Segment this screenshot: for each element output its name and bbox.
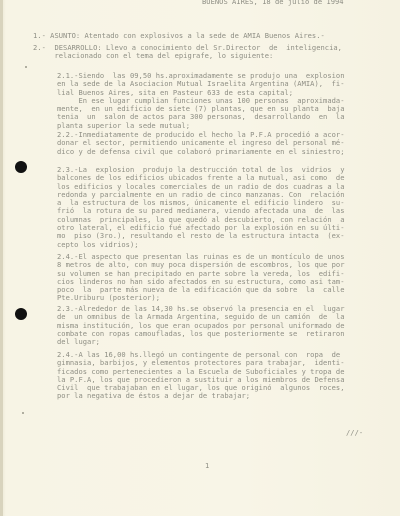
text-line: dico y de defensa civil que colaboró pri… <box>57 147 344 156</box>
paper-edge <box>0 0 3 516</box>
text-line: Pte.Uriburu (posterior); <box>57 293 160 302</box>
paragraph-2-5: 2.3.-Alrededor de las 14,30 hs.se observ… <box>57 305 344 346</box>
paragraph-2-6: 2.4.-A las 16,00 hs.llegó un contingente… <box>57 351 344 401</box>
item-development: 2.- DESARROLLO: Llevo a conocimiento del… <box>33 44 342 61</box>
continuation-mark: ///- <box>346 429 363 437</box>
text-line: relacionado con el tema del epigrafe, lo… <box>33 51 273 60</box>
text-line: del lugar; <box>57 337 100 346</box>
punch-hole-top <box>15 161 27 173</box>
speck <box>25 66 27 68</box>
text-line: por la negativa de éstos a dejar de trab… <box>57 391 250 400</box>
page-number: 1 <box>205 462 209 470</box>
speck <box>22 412 24 414</box>
date-line: BUENOS AIRES, 18 de julio de 1994 <box>202 0 344 6</box>
paragraph-2-2: 2.2.-Inmediatamente de producido el hech… <box>57 131 344 156</box>
paragraph-2-4: 2.4.-El aspecto que presentan las ruinas… <box>57 253 344 303</box>
paragraph-2-1: 2.1.-Siendo las 09,50 hs.aproximadamente… <box>57 72 344 130</box>
text-line: cepto los vidrios); <box>57 240 139 249</box>
item-subject: 1.- ASUNTO: Atentado con explosivos a la… <box>33 32 325 40</box>
punch-hole-bottom <box>15 308 27 320</box>
text-line: combate con ropas camoufladas, los que p… <box>57 329 344 338</box>
document-page: BUENOS AIRES, 18 de julio de 1994 1.- AS… <box>0 0 400 516</box>
paragraph-2-3: 2.3.-La explosion produjo la destrucción… <box>57 166 344 249</box>
text-line: planta superior la sede mutual; <box>57 121 190 130</box>
